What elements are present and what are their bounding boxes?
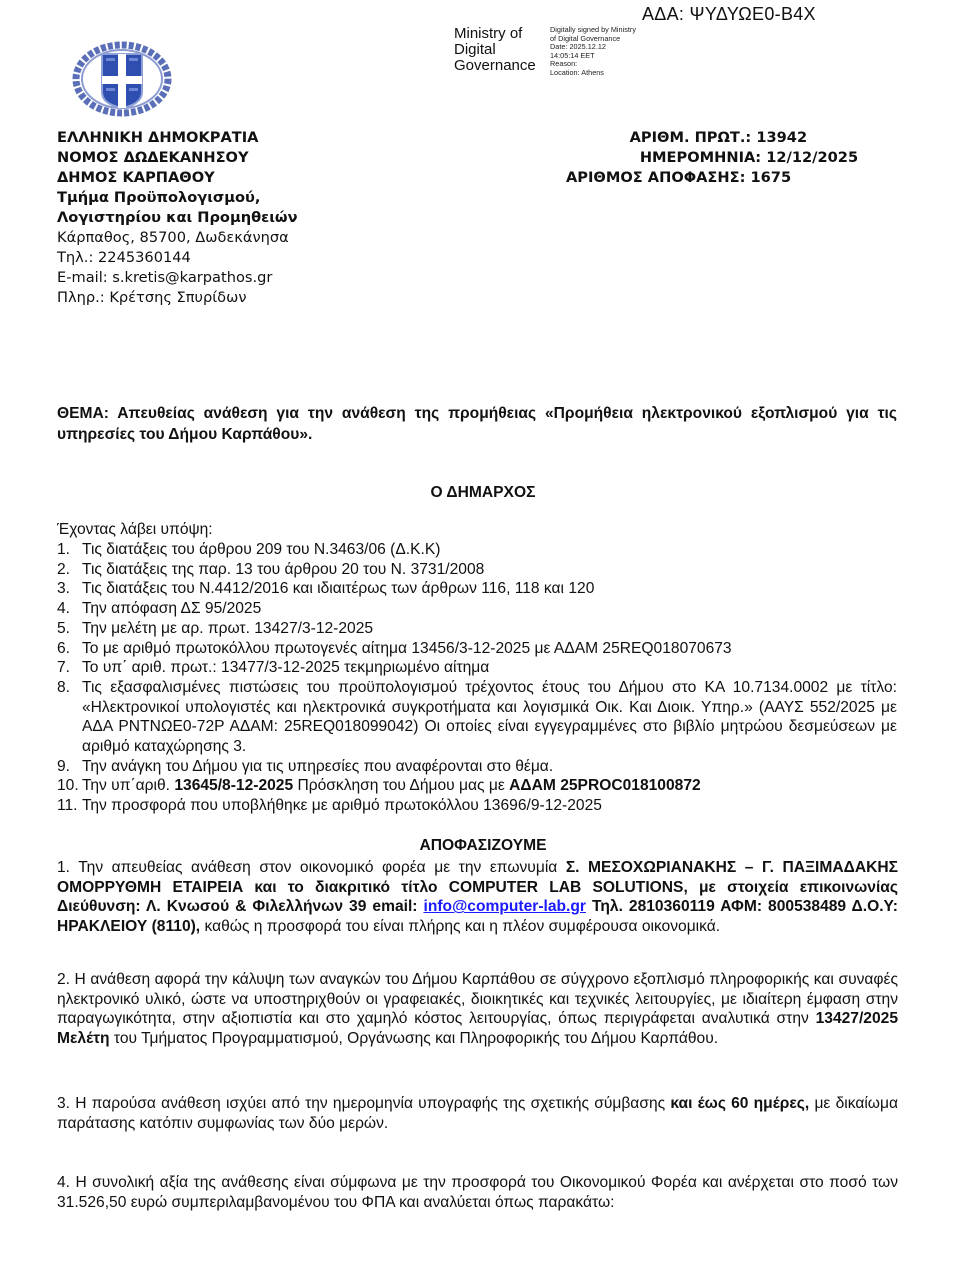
- reference-item: 8.Τις εξασφαλισμένες πιστώσεις του προϋπ…: [57, 678, 897, 757]
- issuer-email: E-mail: s.kretis@karpathos.gr: [57, 268, 298, 288]
- reference-text: Τις εξασφαλισμένες πιστώσεις του προϋπολ…: [82, 679, 897, 755]
- greek-coat-of-arms-icon: [70, 40, 174, 118]
- reference-text: Τις διατάξεις της παρ. 13 του άρθρου 20 …: [82, 561, 484, 578]
- issuer-line: ΕΛΛΗΝΙΚΗ ΔΗΜΟΚΡΑΤΙΑ: [57, 128, 298, 148]
- issuer-line: ΔΗΜΟΣ ΚΑΡΠΑΘΟΥ: [57, 168, 298, 188]
- paragraph-text: 2. Η ανάθεση αφορά την κάλυψη των αναγκώ…: [57, 971, 898, 1027]
- reference-text: Την προσφορά που υποβλήθηκε με αριθμό πρ…: [82, 797, 602, 814]
- paragraph-award: 1. Την απευθείας ανάθεση στον οικονομικό…: [57, 858, 898, 937]
- paragraph-text: του Τμήματος Προγραμματισμού, Οργάνωσης …: [110, 1030, 719, 1047]
- signature-organization: Ministry of Digital Governance: [454, 26, 536, 74]
- reference-item: 5.Την μελέτη με αρ. πρωτ. 13427/3-12-202…: [57, 619, 897, 639]
- paragraph-text: καθώς η προσφορά του είναι πλήρης και η …: [200, 918, 720, 935]
- ada-code: ΑΔΑ: ΨΥΔΥΩΕ0-Β4Χ: [642, 4, 816, 25]
- paragraph-scope: 2. Η ανάθεση αφορά την κάλυψη των αναγκώ…: [57, 970, 898, 1049]
- reference-item: 1.Τις διατάξεις του άρθρου 209 του Ν.346…: [57, 540, 897, 560]
- reference-number: 7.: [57, 658, 70, 678]
- reference-text: Τις διατάξεις του άρθρου 209 του Ν.3463/…: [82, 541, 440, 558]
- issuer-line: Λογιστηρίου και Προμηθειών: [57, 208, 298, 228]
- adam-code: ΑΔΑΜ 25PROC018100872: [509, 777, 701, 794]
- reference-number: 2.: [57, 560, 70, 580]
- subject: ΘΕΜΑ: Απευθείας ανάθεση για την ανάθεση …: [57, 403, 897, 445]
- paragraph-duration: 3. Η παρούσα ανάθεση ισχύει από την ημερ…: [57, 1094, 898, 1133]
- reference-item: 7.Το υπ΄ αριθ. πρωτ.: 13477/3-12-2025 τε…: [57, 658, 897, 678]
- reference-text: Τις διατάξεις του Ν.4412/2016 και ιδιαιτ…: [82, 580, 594, 597]
- duration-term: και έως 60 ημέρες,: [670, 1095, 809, 1112]
- reference-text: Την ανάγκη του Δήμου για τις υπηρεσίες π…: [82, 758, 553, 775]
- issuer-contact: Πληρ.: Κρέτσης Σπυρίδων: [57, 288, 298, 308]
- reference-item: 9.Την ανάγκη του Δήμου για τις υπηρεσίες…: [57, 757, 897, 777]
- contractor-email-link[interactable]: info@computer-lab.gr: [424, 898, 586, 915]
- invitation-number: 13645/8-12-2025: [174, 777, 293, 794]
- reference-number: 9.: [57, 757, 70, 777]
- reference-item: 6.Το με αριθμό πρωτοκόλλου πρωτογενές αί…: [57, 639, 897, 659]
- issuer-line: Τμήμα Προϋπολογισμού,: [57, 188, 298, 208]
- reference-item: 10.Την υπ΄αριθ. 13645/8-12-2025 Πρόσκλησ…: [57, 776, 897, 796]
- issuer-phone: Τηλ.: 2245360144: [57, 248, 298, 268]
- reference-number: 3.: [57, 579, 70, 599]
- references-list: 1.Τις διατάξεις του άρθρου 209 του Ν.346…: [57, 540, 897, 816]
- issuer-line: ΝΟΜΟΣ ΔΩΔΕΚΑΝΗΣΟΥ: [57, 148, 298, 168]
- decision-number: ΑΡΙΘΜΟΣ ΑΠΟΦΑΣΗΣ: 1675: [566, 168, 858, 188]
- reference-text: Το υπ΄ αριθ. πρωτ.: 13477/3-12-2025 τεκμ…: [82, 659, 489, 676]
- document-ids: ΑΡΙΘΜ. ΠΡΩΤ.: 13942 ΗΜΕΡΟΜΗΝΙΑ: 12/12/20…: [566, 128, 858, 188]
- reference-number: 10.: [57, 776, 79, 796]
- mayor-title: Ο ΔΗΜΑΡΧΟΣ: [0, 484, 966, 502]
- reference-number: 8.: [57, 678, 70, 698]
- paragraph-amount: 4. Η συνολική αξία της ανάθεσης είναι σύ…: [57, 1173, 898, 1212]
- reference-number: 5.: [57, 619, 70, 639]
- reference-item: 2.Τις διατάξεις της παρ. 13 του άρθρου 2…: [57, 560, 897, 580]
- considering-intro: Έχοντας λάβει υπόψη:: [57, 520, 213, 540]
- reference-number: 11.: [57, 796, 78, 816]
- paragraph-text: 1. Την απευθείας ανάθεση στον οικονομικό…: [57, 859, 566, 876]
- signature-org-line: Ministry of: [454, 26, 536, 42]
- paragraph-text: 3. Η παρούσα ανάθεση ισχύει από την ημερ…: [57, 1095, 670, 1112]
- reference-number: 4.: [57, 599, 70, 619]
- document-date: ΗΜΕΡΟΜΗΝΙΑ: 12/12/2025: [566, 148, 858, 168]
- issuer-address: Κάρπαθος, 85700, Δωδεκάνησα: [57, 228, 298, 248]
- reference-text: Πρόσκληση του Δήμου μας με: [293, 777, 509, 794]
- signature-detail-line: Location: Athens: [550, 69, 636, 78]
- reference-item: 4.Την απόφαση ΔΣ 95/2025: [57, 599, 897, 619]
- reference-text: Την μελέτη με αρ. πρωτ. 13427/3-12-2025: [82, 620, 373, 637]
- reference-number: 6.: [57, 639, 70, 659]
- reference-text: Την απόφαση ΔΣ 95/2025: [82, 600, 261, 617]
- reference-number: 1.: [57, 540, 70, 560]
- signature-details: Digitally signed by Ministry of Digital …: [550, 26, 636, 78]
- signature-org-line: Governance: [454, 58, 536, 74]
- reference-text: Την υπ΄αριθ.: [82, 777, 174, 794]
- signature-org-line: Digital: [454, 42, 536, 58]
- protocol-number: ΑΡΙΘΜ. ΠΡΩΤ.: 13942: [566, 128, 858, 148]
- reference-text: Το με αριθμό πρωτοκόλλου πρωτογενές αίτη…: [82, 640, 732, 657]
- reference-item: 3.Τις διατάξεις του Ν.4412/2016 και ιδια…: [57, 579, 897, 599]
- reference-item: 11.Την προσφορά που υποβλήθηκε με αριθμό…: [57, 796, 897, 816]
- decision-title: ΑΠΟΦΑΣΙΖΟΥΜΕ: [0, 837, 966, 855]
- issuer-block: ΕΛΛΗΝΙΚΗ ΔΗΜΟΚΡΑΤΙΑ ΝΟΜΟΣ ΔΩΔΕΚΑΝΗΣΟΥ ΔΗ…: [57, 128, 298, 308]
